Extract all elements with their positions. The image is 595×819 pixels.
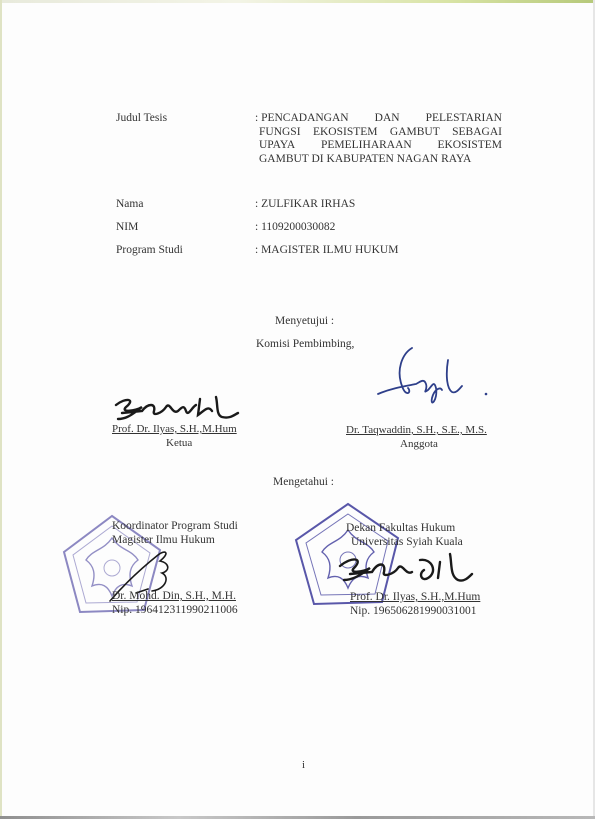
coordinator-nip: Nip. 196412311990211006 <box>112 605 238 617</box>
title-word: GAMBUT DI KABUPATEN NAGAN RAYA <box>259 153 471 167</box>
title-line-4: GAMBUT DI KABUPATEN NAGAN RAYA <box>255 153 502 167</box>
title-word: : PENCADANGAN <box>255 112 349 126</box>
title-word: SEBAGAI <box>452 126 502 140</box>
label-nama: Nama <box>116 199 143 211</box>
dean-title-1: Dekan Fakultas Hukum <box>346 523 455 535</box>
coordinator-title-2: Magister Ilmu Hukum <box>112 535 215 547</box>
title-line-2: FUNGSI EKOSISTEM GAMBUT SEBAGAI <box>255 126 502 140</box>
value-nim: : 1109200030082 <box>255 222 335 234</box>
chair-role: Ketua <box>166 438 192 449</box>
committee-label: Komisi Pembimbing, <box>256 339 354 351</box>
scan-edge-left <box>0 0 2 819</box>
title-word: GAMBUT <box>390 126 440 140</box>
document-page: Judul Tesis : PENCADANGAN DAN PELESTARIA… <box>0 0 595 819</box>
title-line-1: : PENCADANGAN DAN PELESTARIAN <box>255 112 502 126</box>
value-program-studi: : MAGISTER ILMU HUKUM <box>255 245 398 257</box>
title-word: EKOSISTEM <box>313 126 378 140</box>
title-line-3: UPAYA PEMELIHARAAN EKOSISTEM <box>255 139 502 153</box>
title-word: PELESTARIAN <box>426 112 502 126</box>
title-word: PEMELIHARAAN <box>321 139 412 153</box>
acknowledged-heading: Mengetahui : <box>273 477 334 489</box>
title-word: DAN <box>375 112 400 126</box>
member-name: Dr. Taqwaddin, S.H., S.E., M.S. <box>346 425 487 436</box>
title-word: UPAYA <box>259 139 295 153</box>
page-number: i <box>302 760 305 771</box>
thesis-title: : PENCADANGAN DAN PELESTARIAN FUNGSI EKO… <box>255 112 502 166</box>
signature-dean <box>336 550 476 590</box>
value-nama: : ZULFIKAR IRHAS <box>255 199 355 211</box>
signature-member <box>372 342 492 414</box>
signature-chair <box>112 393 247 425</box>
dean-title-2: Universitas Syiah Kuala <box>351 537 463 549</box>
coordinator-title-1: Koordinator Program Studi <box>112 521 238 533</box>
chair-name: Prof. Dr. Ilyas, S.H.,M.Hum <box>112 424 237 435</box>
dean-name: Prof. Dr. Ilyas, S.H.,M.Hum <box>350 592 480 604</box>
coordinator-name: Dr. Mohd. Din, S.H., M.H. <box>112 591 236 603</box>
title-word: FUNGSI <box>259 126 301 140</box>
label-nim: NIM <box>116 222 138 234</box>
title-word: EKOSISTEM <box>437 139 502 153</box>
scan-edge-top <box>0 0 595 3</box>
member-role: Anggota <box>400 439 438 450</box>
label-judul-tesis: Judul Tesis <box>116 113 167 125</box>
dean-nip: Nip. 196506281990031001 <box>350 606 477 618</box>
label-program-studi: Program Studi <box>116 245 183 257</box>
approval-heading: Menyetujui : <box>275 316 334 328</box>
